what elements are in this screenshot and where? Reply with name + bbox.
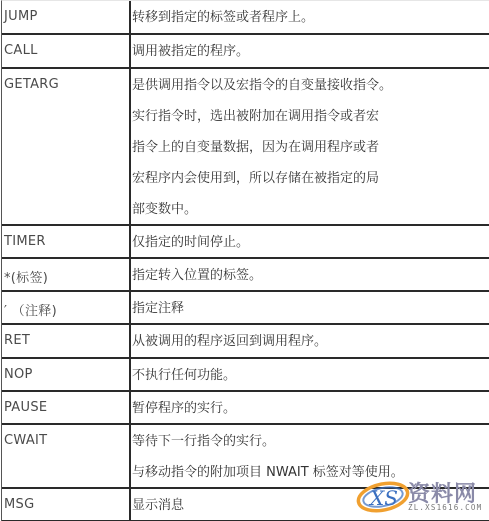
command-table: JUMP转移到指定的标签或者程序上。CALL调用被指定的程序。GETARG是供调… [1,0,489,521]
command-cell: GETARG [2,69,131,224]
description-cell: 转移到指定的标签或者程序上。 [131,1,489,33]
command-cell: RET [2,325,131,357]
table-row: CALL调用被指定的程序。 [2,35,489,69]
command-cell: ′ （注释) [2,292,131,323]
description-cell: 暂停程序的实行。 [131,392,489,423]
table-row: PAUSE暂停程序的实行。 [2,392,489,425]
table-row: GETARG是供调用指令以及宏指令的自变量接收指令。实行指令时，选出被附加在调用… [2,69,489,226]
command-cell: JUMP [2,1,131,33]
xs-logo-icon: XS [356,480,410,514]
table-row: JUMP转移到指定的标签或者程序上。 [2,1,489,35]
command-cell: PAUSE [2,392,131,423]
description-line: 宏程序内会使用到，所以存储在被指定的局 [132,169,489,200]
description-cell: 仅指定的时间停止。 [131,226,489,257]
command-cell: CALL [2,35,131,67]
command-cell: MSG [2,489,131,520]
description-cell: 不执行任何功能。 [131,359,489,390]
description-cell: 是供调用指令以及宏指令的自变量接收指令。实行指令时，选出被附加在调用指令或者宏指… [131,69,489,224]
command-cell: CWAIT [2,425,131,487]
table-row: NOP不执行任何功能。 [2,359,489,392]
description-cell: 从被调用的程序返回到调用程序。 [131,325,489,357]
command-cell: *(标签) [2,259,131,290]
description-cell: 调用被指定的程序。 [131,35,489,67]
description-line: 等待下一行指令的实行。 [132,432,489,463]
description-line: 指令上的自变量数据，因为在调用程序或者 [132,138,489,169]
description-cell: 指定注释 [131,292,489,323]
watermark: XS 资料网 ZL.XS1616.COM [356,478,486,518]
command-cell: TIMER [2,226,131,257]
watermark-url: ZL.XS1616.COM [408,503,482,512]
description-cell: 指定转入位置的标签。 [131,259,489,290]
table-row: ′ （注释)指定注释 [2,292,489,325]
table-row: *(标签)指定转入位置的标签。 [2,259,489,292]
table-row: RET从被调用的程序返回到调用程序。 [2,325,489,359]
description-line: 是供调用指令以及宏指令的自变量接收指令。 [132,76,489,107]
description-line: 实行指令时，选出被附加在调用指令或者宏 [132,107,489,138]
svg-text:XS: XS [368,486,398,510]
table-row: TIMER仅指定的时间停止。 [2,226,489,259]
command-cell: NOP [2,359,131,390]
